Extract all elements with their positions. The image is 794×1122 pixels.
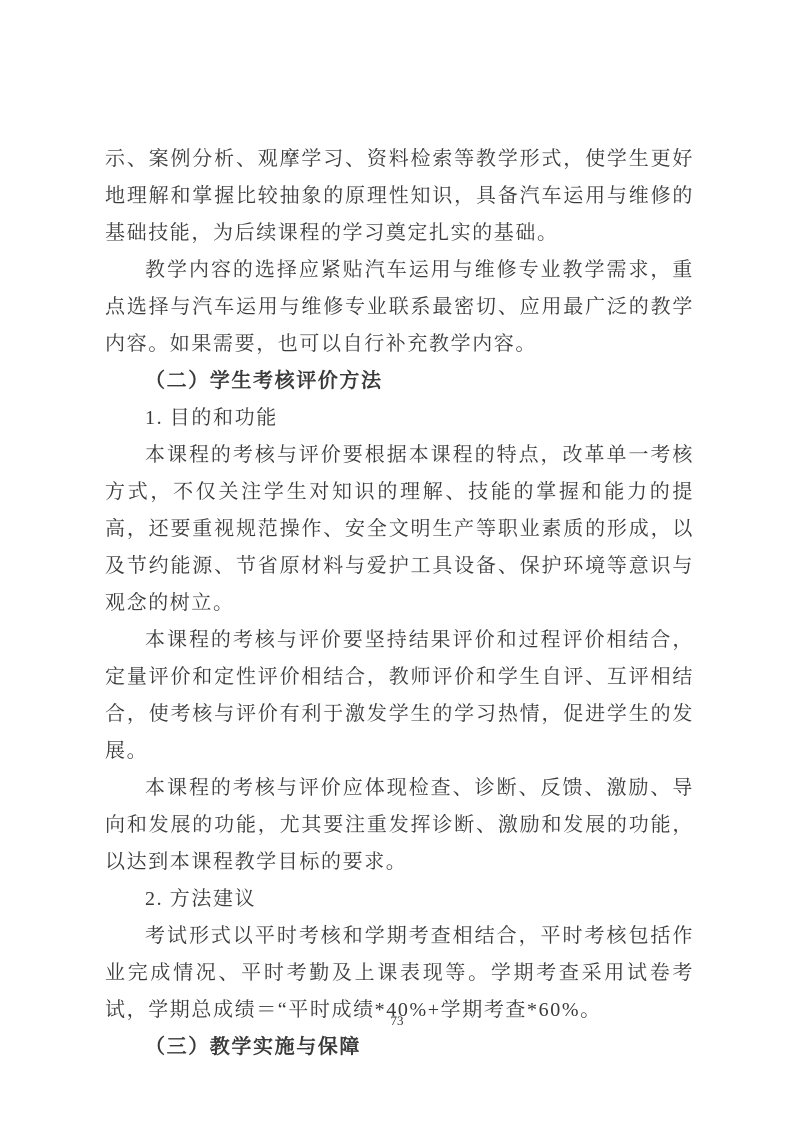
- paragraph: 教学内容的选择应紧贴汽车运用与维修专业教学需求，重点选择与汽车运用与维修专业联系…: [105, 252, 694, 363]
- paragraph: 本课程的考核与评价要坚持结果评价和过程评价相结合，定量评价和定性评价相结合，教师…: [105, 622, 694, 770]
- paragraph: 本课程的考核与评价要根据本课程的特点，改革单一考核方式，不仅关注学生对知识的理解…: [105, 437, 694, 622]
- section-heading: （三）教学实施与保障: [105, 1029, 694, 1066]
- paragraph: 本课程的考核与评价应体现检查、诊断、反馈、激励、导向和发展的功能，尤其要注重发挥…: [105, 770, 694, 881]
- sub-heading: 2. 方法建议: [105, 881, 694, 918]
- section-heading: （二）学生考核评价方法: [105, 363, 694, 400]
- document-page: 示、案例分析、观摩学习、资料检索等教学形式，使学生更好地理解和掌握比较抽象的原理…: [0, 0, 794, 1122]
- paragraph: 示、案例分析、观摩学习、资料检索等教学形式，使学生更好地理解和掌握比较抽象的原理…: [105, 141, 694, 252]
- page-content: 示、案例分析、观摩学习、资料检索等教学形式，使学生更好地理解和掌握比较抽象的原理…: [105, 141, 694, 1066]
- sub-heading: 1. 目的和功能: [105, 400, 694, 437]
- page-number: 73: [0, 1013, 794, 1029]
